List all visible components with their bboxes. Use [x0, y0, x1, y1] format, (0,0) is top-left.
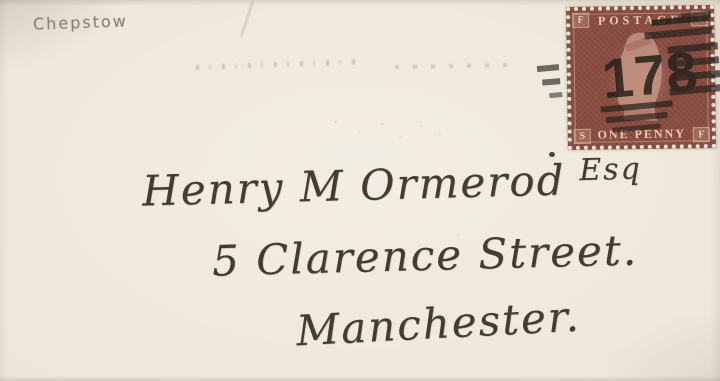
barred-numeral-cancellation: 178: [536, 10, 720, 142]
pencil-annotation: Chepstow: [33, 11, 128, 33]
faint-ink-speckles: [320, 112, 450, 146]
envelope-front: Chepstow POSTAGE F S S F ONE PENNY: [0, 0, 720, 381]
address-street-line: 5 Clarence Street.: [211, 225, 638, 285]
faint-postmark-smudge: [395, 63, 515, 69]
cancellation-numeral: 178: [599, 39, 701, 110]
address-city-line: Manchester.: [295, 292, 582, 356]
address-recipient-line: Henry M OrmerodEsq: [141, 151, 642, 215]
recipient-esquire-suffix: Esq: [579, 151, 642, 188]
paper-crease: [240, 1, 254, 38]
faint-postmark-smudge: [196, 59, 364, 70]
recipient-name: Henry M Ormerod: [141, 155, 566, 215]
